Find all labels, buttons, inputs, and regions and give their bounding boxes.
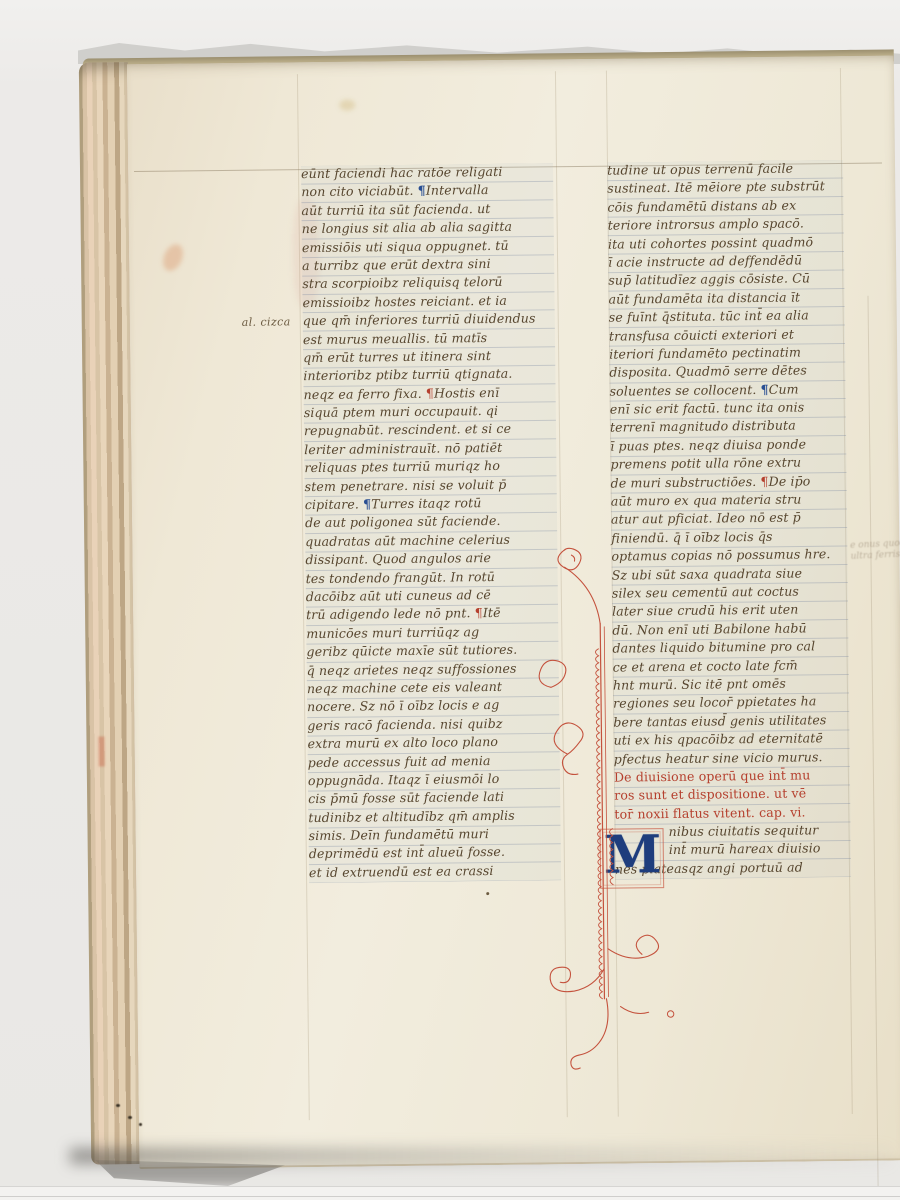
text-segment: ne longius sit alia ab alia sagitta (302, 219, 513, 236)
text-segment: trū adigendo lede nō pnt. (306, 606, 475, 623)
text-segment: stem penetrare. nisi se voluit p̄ (305, 476, 507, 493)
text-segment: terrenī magnitudo distributa (610, 418, 796, 435)
text-segment: qm̄ erūt turres ut itinera sint (303, 348, 491, 365)
text-segment: atur aut pficiat. Ideo nō est p̄ (611, 510, 801, 527)
text-segment: ita uti cohortes possint quadmō (608, 234, 813, 251)
text-segment: deprimēdū est int̄ alueū fosse. (309, 844, 505, 861)
text-segment: stra scorpioibz reliquisq telorū (302, 274, 502, 291)
blue-pilcrow: ¶ (418, 183, 426, 198)
text-segment: dacōibz aūt uti cuneus ad cē (306, 587, 491, 604)
text-segment: premens potit ulla rōne extru (610, 455, 801, 472)
background-bottom-strip (0, 1186, 900, 1200)
text-segment: sup̄ latitudīez aggis cōsiste. Cū (608, 271, 810, 288)
right-margin-showthrough: e onus quod ultra ferris (850, 538, 900, 563)
text-segment: transfusa cōuicti exteriori et (609, 326, 794, 343)
text-segment: geris racō facienda. nisi quibz (307, 716, 502, 733)
text-segment: de aut poligonea sūt faciende. (305, 513, 501, 530)
text-segment: neqz machine cete eis valeant (307, 679, 502, 696)
text-segment: ī acie instructe ad deffendēdū (608, 252, 802, 269)
text-segment: que qm̄ inferiores turriū diuidendus (303, 311, 536, 329)
penwork-flourish (519, 528, 695, 1090)
text-segment: non cito viciabūt. (301, 183, 418, 199)
text-segment: oppugnāda. Itaqz ī eiusmōi lo (308, 771, 500, 788)
text-segment: emissioibz hostes reiciant. et ia (302, 293, 507, 310)
text-segment: cis p̄mū fosse sūt faciende lati (308, 789, 504, 806)
text-segment: quadratas aūt machine celerius (305, 532, 510, 549)
text-segment: de muri substructiōes. (611, 474, 761, 491)
text-segment: est murus meuallis. tū matīs (303, 330, 487, 347)
left-margin-note: al. cizca (242, 315, 291, 329)
page-crease-line (867, 296, 878, 1192)
text-segment: aūt turriū ita sūt facienda. ut (301, 201, 490, 218)
text-segment: soluentes se collocent. (609, 382, 760, 399)
text-segment: se fuīnt q̄stituta. tūc int̄ ea alia (609, 308, 809, 325)
dirt-speck (139, 1123, 142, 1126)
text-segment: pede accessus fuit ad menia (308, 753, 491, 770)
text-segment: Intervalla (426, 182, 489, 198)
showthrough-line: ultra ferris (850, 550, 900, 562)
text-segment: enī sic erit factū. tunc ita onis (610, 400, 805, 417)
text-segment: dissipant. Quod angulos arie (305, 550, 491, 567)
text-segment: et id extruendū est ea crassi (309, 863, 494, 880)
text-segment: neqz ea ferro fixa. (303, 385, 425, 401)
text-segment: eūnt faciendi hac ratōe religati (301, 164, 503, 181)
text-segment: sustineat. Itē mēiore pte substrūt (607, 179, 825, 196)
text-segment: tes tondendo frangūt. In rotū (306, 569, 495, 586)
manuscript-book: eūnt faciendi hac ratōe religatinon cito… (79, 41, 900, 1172)
text-segment: geribz qūicte maxīe sūt tutiores. (306, 642, 517, 659)
text-segment: iteriori fundamēto pectinatim (609, 344, 801, 361)
red-edge-streak (98, 736, 104, 766)
text-segment: repugnabūt. rescindent. et si ce (304, 421, 511, 438)
orange-smudge (159, 241, 187, 274)
text-segment: ī puas ptes. neqz diuisa ponde (610, 436, 806, 453)
yellow-stain (339, 100, 355, 111)
text-segment: reliquas ptes turriū muriqz ho (304, 458, 500, 475)
text-segment: municōes muri turriūqz ag (306, 624, 479, 641)
text-segment: q̄ neqz arietes neqz suffossiones (307, 660, 517, 677)
text-segment: leriter administrauīt. nō patiēt (304, 440, 502, 457)
text-segment: emissiōis uti siqua oppugnet. tū (302, 237, 509, 254)
text-segment: aūt fundamēta ita distancia īt (608, 289, 800, 306)
dirt-speck (128, 1116, 132, 1119)
text-segment: a turribz que erūt dextra sini (302, 256, 491, 273)
text-segment: Itē (483, 605, 501, 620)
text-segment: De ip̄o (768, 473, 810, 488)
text-segment: tudinibz et altitudībz qm̄ amplis (308, 807, 515, 824)
text-segment: cipitare. (305, 496, 363, 512)
text-segment: cōis fundamētū distans ab ex (607, 197, 796, 214)
text-segment: tudine ut opus terrenū facile (607, 161, 793, 178)
text-segment: siquā ptem muri occupauit. qi (304, 403, 499, 420)
text-segment: disposita. Quadmō serre dētes (609, 363, 807, 380)
text-segment: Hostis enī (434, 385, 499, 401)
red-pilcrow: ¶ (475, 605, 483, 620)
text-segment: Turres itaqz rotū (371, 495, 481, 511)
text-segment: extra murū ex alto loco plano (307, 734, 498, 751)
text-segment: Cum (769, 381, 799, 396)
vellum-page: eūnt faciendi hac ratōe religatinon cito… (127, 55, 900, 1169)
text-segment: interioribz ptibz turriū qtignata. (303, 366, 512, 383)
text-segment: nocere. Sz nō ī oībz locis e ag (307, 697, 499, 714)
text-segment: teriore introrsus amplo spacō. (608, 216, 804, 233)
manuscript-photograph: eūnt faciendi hac ratōe religatinon cito… (0, 0, 900, 1200)
background-bottom-line (0, 1196, 900, 1197)
book-drop-shadow (70, 1148, 890, 1164)
red-pilcrow: ¶ (760, 474, 768, 489)
ink-dot (486, 892, 489, 895)
text-segment: aūt muro ex qua materia stru (611, 492, 802, 509)
dirt-speck (116, 1104, 120, 1107)
text-segment: simis. Deīn fundamētū muri (308, 826, 489, 843)
